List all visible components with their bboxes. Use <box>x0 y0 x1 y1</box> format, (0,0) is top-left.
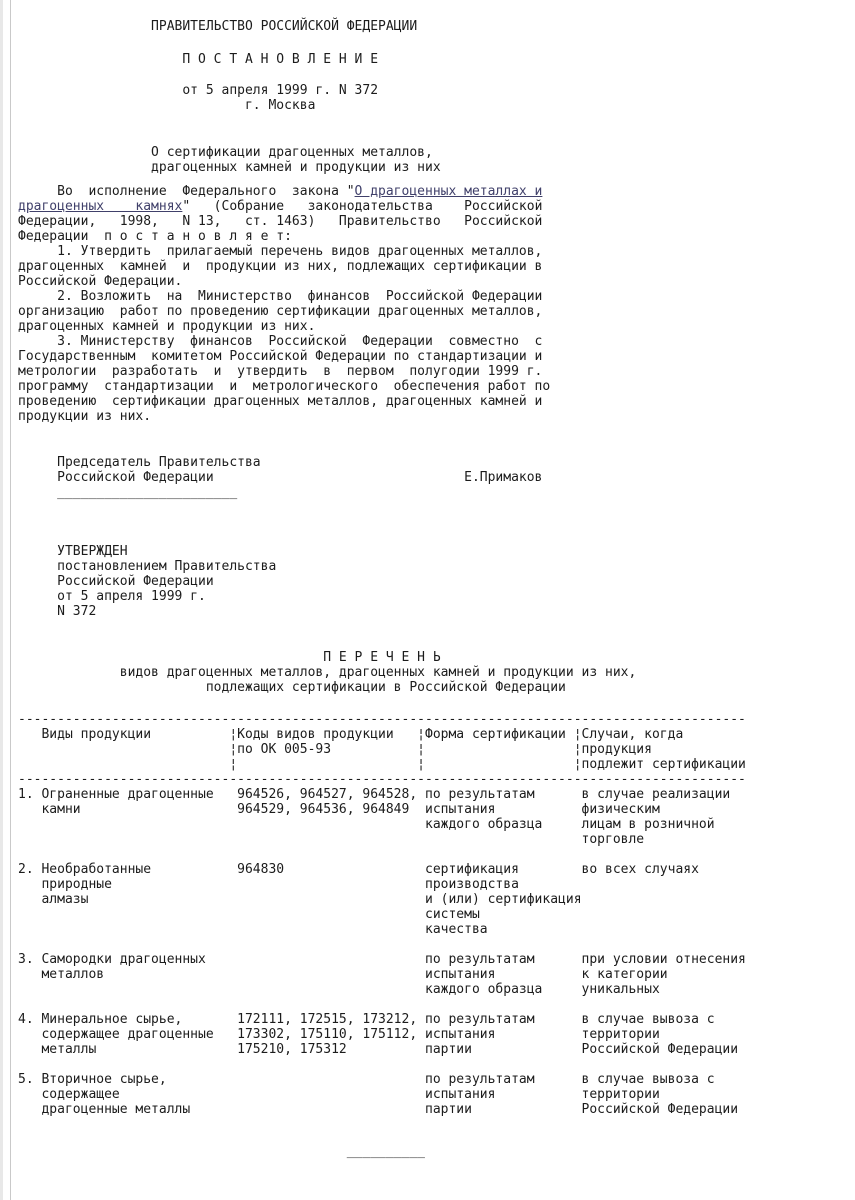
annex-table-line <box>18 1057 746 1072</box>
subject-heading-line: драгоценных камней и продукции из них <box>18 160 441 175</box>
annex-table-line: каждого образца уникальных <box>18 982 746 997</box>
body-text-line: Государственным комитетом Российской Фед… <box>18 349 550 364</box>
body-text-line: Во исполнение Федерального закона "О дра… <box>18 184 550 199</box>
annex-table-line: каждого образца лицам в розничной <box>18 817 746 832</box>
annex-table-line: качества <box>18 922 746 937</box>
body-text-line: организацию работ по проведению сертифик… <box>18 304 550 319</box>
subject-heading: О сертификации драгоценных металлов, дра… <box>18 145 441 175</box>
date-place: от 5 апреля 1999 г. N 372 г. Москва <box>18 83 378 113</box>
approval-stamp-line: постановлением Правительства <box>18 559 276 574</box>
signature-block-line: Российской Федерации Е.Примаков <box>18 470 542 485</box>
approval-stamp: УТВЕРЖДЕН постановлением Правительства Р… <box>18 544 276 619</box>
body-text-line: продукции из них. <box>18 409 550 424</box>
body-text-line: драгоценных камней и продукции из них. <box>18 319 550 334</box>
annex-table-line: металлы 175210, 175312 партии Российской… <box>18 1042 746 1057</box>
body-text-line: драгоценных камнях" (Собрание законодате… <box>18 199 550 214</box>
subject-heading-line: О сертификации драгоценных металлов, <box>18 145 441 160</box>
footer-rule: __________ <box>18 1144 425 1159</box>
annex-table-line <box>18 997 746 1012</box>
signature-block-line: Председатель Правительства <box>18 455 542 470</box>
signature-block-line: _______________________ <box>18 485 542 500</box>
annex-table-line: металлов испытания к категории <box>18 967 746 982</box>
annex-table-line: 5. Вторичное сырье, по результатам в слу… <box>18 1072 746 1087</box>
text-segment: Во исполнение Федерального закона " <box>18 184 355 199</box>
annex-table-line: драгоценные металлы партии Российской Фе… <box>18 1102 746 1117</box>
approval-stamp-line: N 372 <box>18 604 276 619</box>
signature-block: Председатель Правительства Российской Фе… <box>18 455 542 500</box>
gov-header-line: ПРАВИТЕЛЬСТВО РОССИЙСКОЙ ФЕДЕРАЦИИ <box>18 19 417 34</box>
body-text-line: 2. Возложить на Министерство финансов Ро… <box>18 289 550 304</box>
approval-stamp-line: от 5 апреля 1999 г. <box>18 589 276 604</box>
body-text-line: Федерации п о с т а н о в л я е т: <box>18 229 550 244</box>
annex-table-line <box>18 847 746 862</box>
annex-table-line: алмазы и (или) сертификация <box>18 892 746 907</box>
annex-table-line: ¦ ¦ ¦подлежит сертификации <box>18 757 746 772</box>
body-text-line: метрологии разработать и утвердить в пер… <box>18 364 550 379</box>
body-text-line: проведению сертификации драгоценных мета… <box>18 394 550 409</box>
annex-table-line: торговле <box>18 832 746 847</box>
resolution-heading-line: П О С Т А Н О В Л Е Н И Е <box>18 52 378 67</box>
annex-table-line: ----------------------------------------… <box>18 712 746 727</box>
annex-heading-line: подлежащих сертификации в Российской Фед… <box>18 680 636 695</box>
approval-stamp-line: Российской Федерации <box>18 574 276 589</box>
annex-table-line: природные производства <box>18 877 746 892</box>
document-page: ПРАВИТЕЛЬСТВО РОССИЙСКОЙ ФЕДЕРАЦИИ П О С… <box>0 0 855 1200</box>
page-edge-strip <box>0 0 3 1200</box>
resolution-heading: П О С Т А Н О В Л Е Н И Е <box>18 52 378 67</box>
page-edge-line <box>10 0 11 1200</box>
date-place-line: г. Москва <box>18 98 378 113</box>
annex-table-line: 2. Необработанные 964830 сертификация во… <box>18 862 746 877</box>
annex-heading: П Е Р Е Ч Е Н Ь видов драгоценных металл… <box>18 650 636 695</box>
body-text-line: 3. Министерству финансов Российской Феде… <box>18 334 550 349</box>
annex-table: ----------------------------------------… <box>18 712 746 1117</box>
annex-heading-line: П Е Р Е Ч Е Н Ь <box>18 650 636 665</box>
text-segment: " (Собрание законодательства Российской <box>182 199 542 214</box>
annex-table-line: содержащее драгоценные 173302, 175110, 1… <box>18 1027 746 1042</box>
annex-table-line <box>18 937 746 952</box>
annex-table-line: Виды продукции ¦Коды видов продукции ¦Фо… <box>18 727 746 742</box>
annex-table-line: ¦по ОК 005-93 ¦ ¦продукция <box>18 742 746 757</box>
footer-rule-line: __________ <box>18 1144 425 1159</box>
annex-table-line: 1. Ограненные драгоценные 964526, 964527… <box>18 787 746 802</box>
date-place-line: от 5 апреля 1999 г. N 372 <box>18 83 378 98</box>
annex-table-line: содержащее испытания территории <box>18 1087 746 1102</box>
annex-table-line: ----------------------------------------… <box>18 772 746 787</box>
body-text-line: 1. Утвердить прилагаемый перечень видов … <box>18 244 550 259</box>
law-link[interactable]: драгоценных камнях <box>18 199 182 214</box>
body-text: Во исполнение Федерального закона "О дра… <box>18 184 550 424</box>
annex-table-line: системы <box>18 907 746 922</box>
law-link[interactable]: О драгоценных металлах и <box>355 184 543 199</box>
annex-table-line: камни 964529, 964536, 964849 испытания ф… <box>18 802 746 817</box>
gov-header: ПРАВИТЕЛЬСТВО РОССИЙСКОЙ ФЕДЕРАЦИИ <box>18 19 417 34</box>
body-text-line: программу стандартизации и метрологическ… <box>18 379 550 394</box>
body-text-line: драгоценных камней и продукции из них, п… <box>18 259 550 274</box>
annex-table-line: 3. Самородки драгоценных по результатам … <box>18 952 746 967</box>
body-text-line: Российской Федерации. <box>18 274 550 289</box>
body-text-line: Федерации, 1998, N 13, ст. 1463) Правите… <box>18 214 550 229</box>
annex-heading-line: видов драгоценных металлов, драгоценных … <box>18 665 636 680</box>
annex-table-line: 4. Минеральное сырье, 172111, 172515, 17… <box>18 1012 746 1027</box>
approval-stamp-line: УТВЕРЖДЕН <box>18 544 276 559</box>
